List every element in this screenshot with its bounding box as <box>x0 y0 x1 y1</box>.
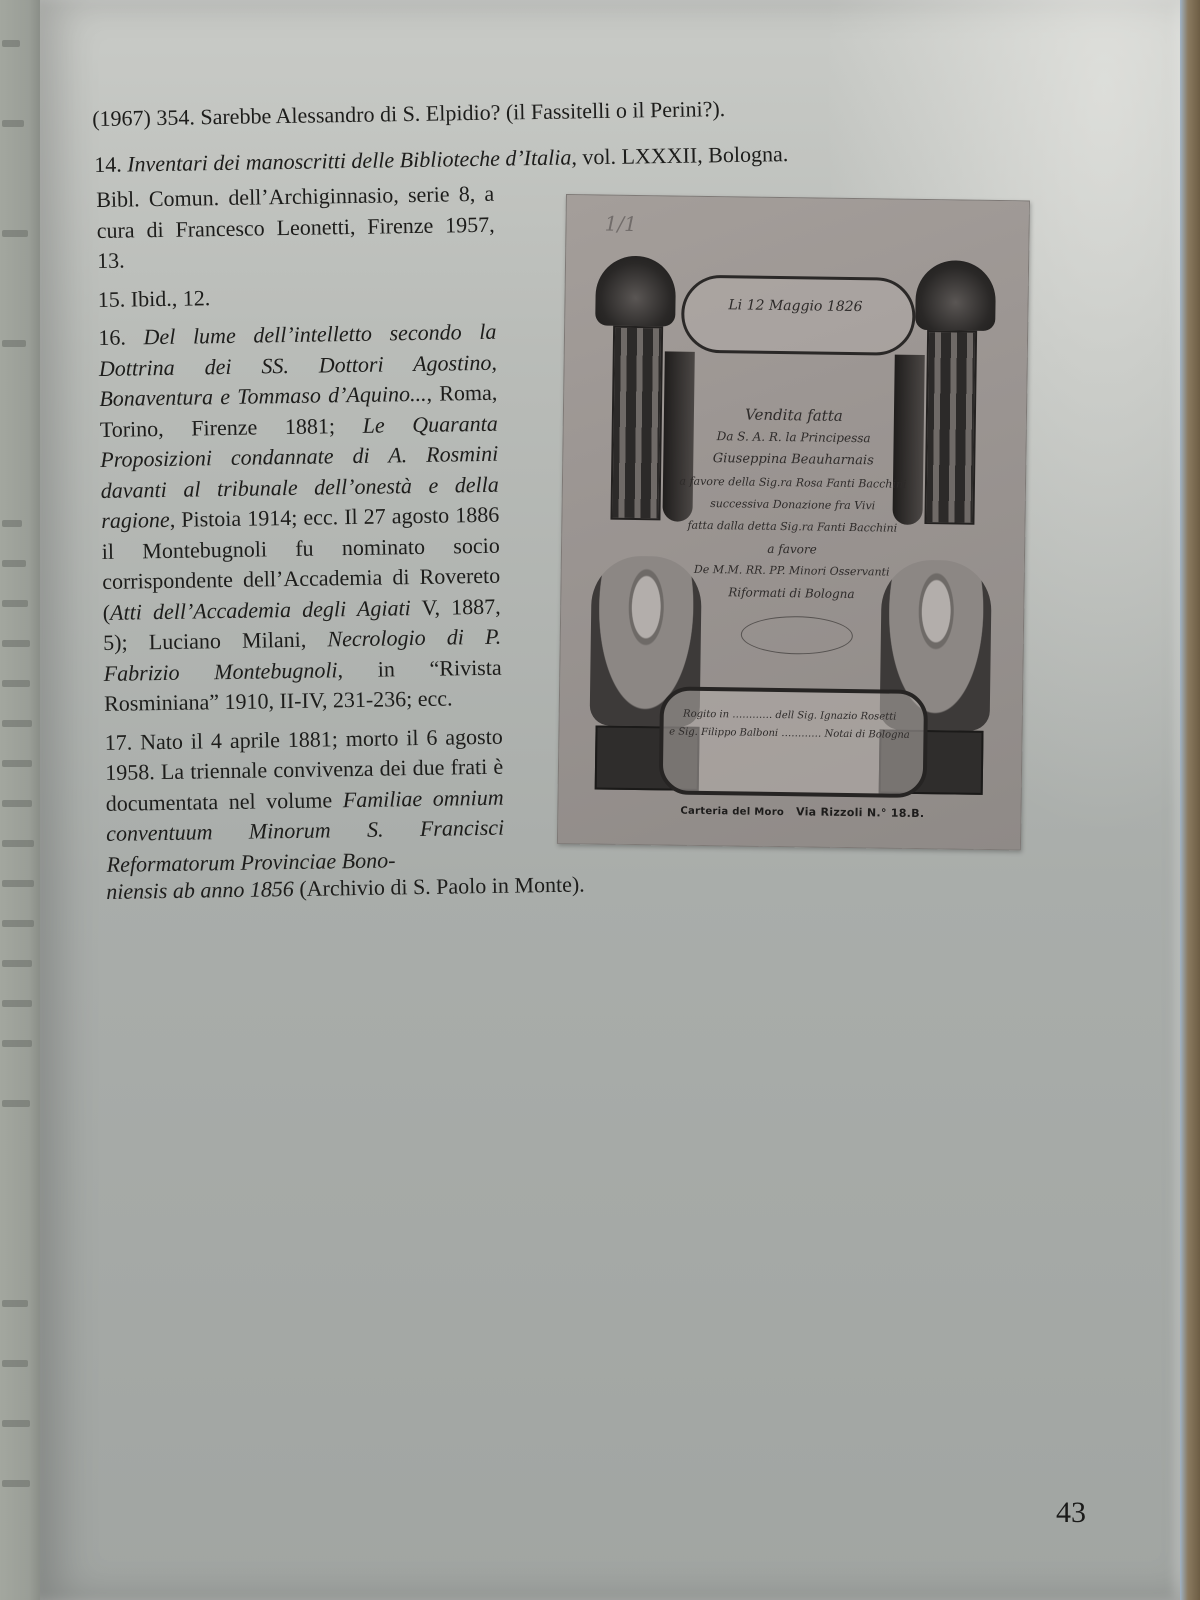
printer-address: Via Rizzoli N.° 18.B. <box>796 805 925 820</box>
pencil-mark: 1/1 <box>604 212 637 236</box>
page-number: 43 <box>1056 1496 1086 1530</box>
registry-cartouche <box>659 686 928 798</box>
ornamental-frame: Li 12 Maggio 1826 Vendita fatta Da S. A.… <box>589 255 997 801</box>
footnote-number: 17. <box>105 729 133 754</box>
footnote-17: 17. Nato il 4 aprile 1881; morto il 6 ag… <box>105 721 505 880</box>
column-icon <box>610 326 663 521</box>
engraved-certificate-illustration: 1/1 Li 12 Maggio 1826 Vendita fatta Da S… <box>557 194 1030 850</box>
footnote-number: 16. <box>98 325 126 350</box>
printer-name: Carteria del Moro <box>680 806 784 818</box>
flower-urn-icon <box>915 260 996 331</box>
footnote-13-continuation: (1967) 354. Sarebbe Alessandro di S. Elp… <box>92 92 852 134</box>
book-page: (1967) 354. Sarebbe Alessandro di S. Elp… <box>40 0 1180 1600</box>
footnote-number: 14. <box>94 152 122 177</box>
footnote-17-tail: niensis ab anno 1856 (Archivio di S. Pao… <box>106 869 585 907</box>
flower-urn-icon <box>595 255 676 326</box>
footnote-column: Bibl. Comun. dell’Archiginnasio, serie 8… <box>96 179 505 880</box>
column-icon <box>924 330 977 525</box>
footnote-14-rest: Bibl. Comun. dell’Archiginnasio, serie 8… <box>96 179 495 277</box>
table-surface <box>1180 0 1200 1600</box>
footnote-number: 15. <box>98 286 126 311</box>
footnote-16: 16. Del lume dell’intelletto secondo la … <box>98 317 502 720</box>
signature-flourish-icon <box>741 615 854 655</box>
footnote-title-italic: Inventari dei manoscritti delle Bibliote… <box>127 145 572 177</box>
footnote-15: 15. Ibid., 12. <box>98 278 496 315</box>
footnote-14-first-line: 14. Inventari dei manoscritti delle Bibl… <box>94 138 874 181</box>
